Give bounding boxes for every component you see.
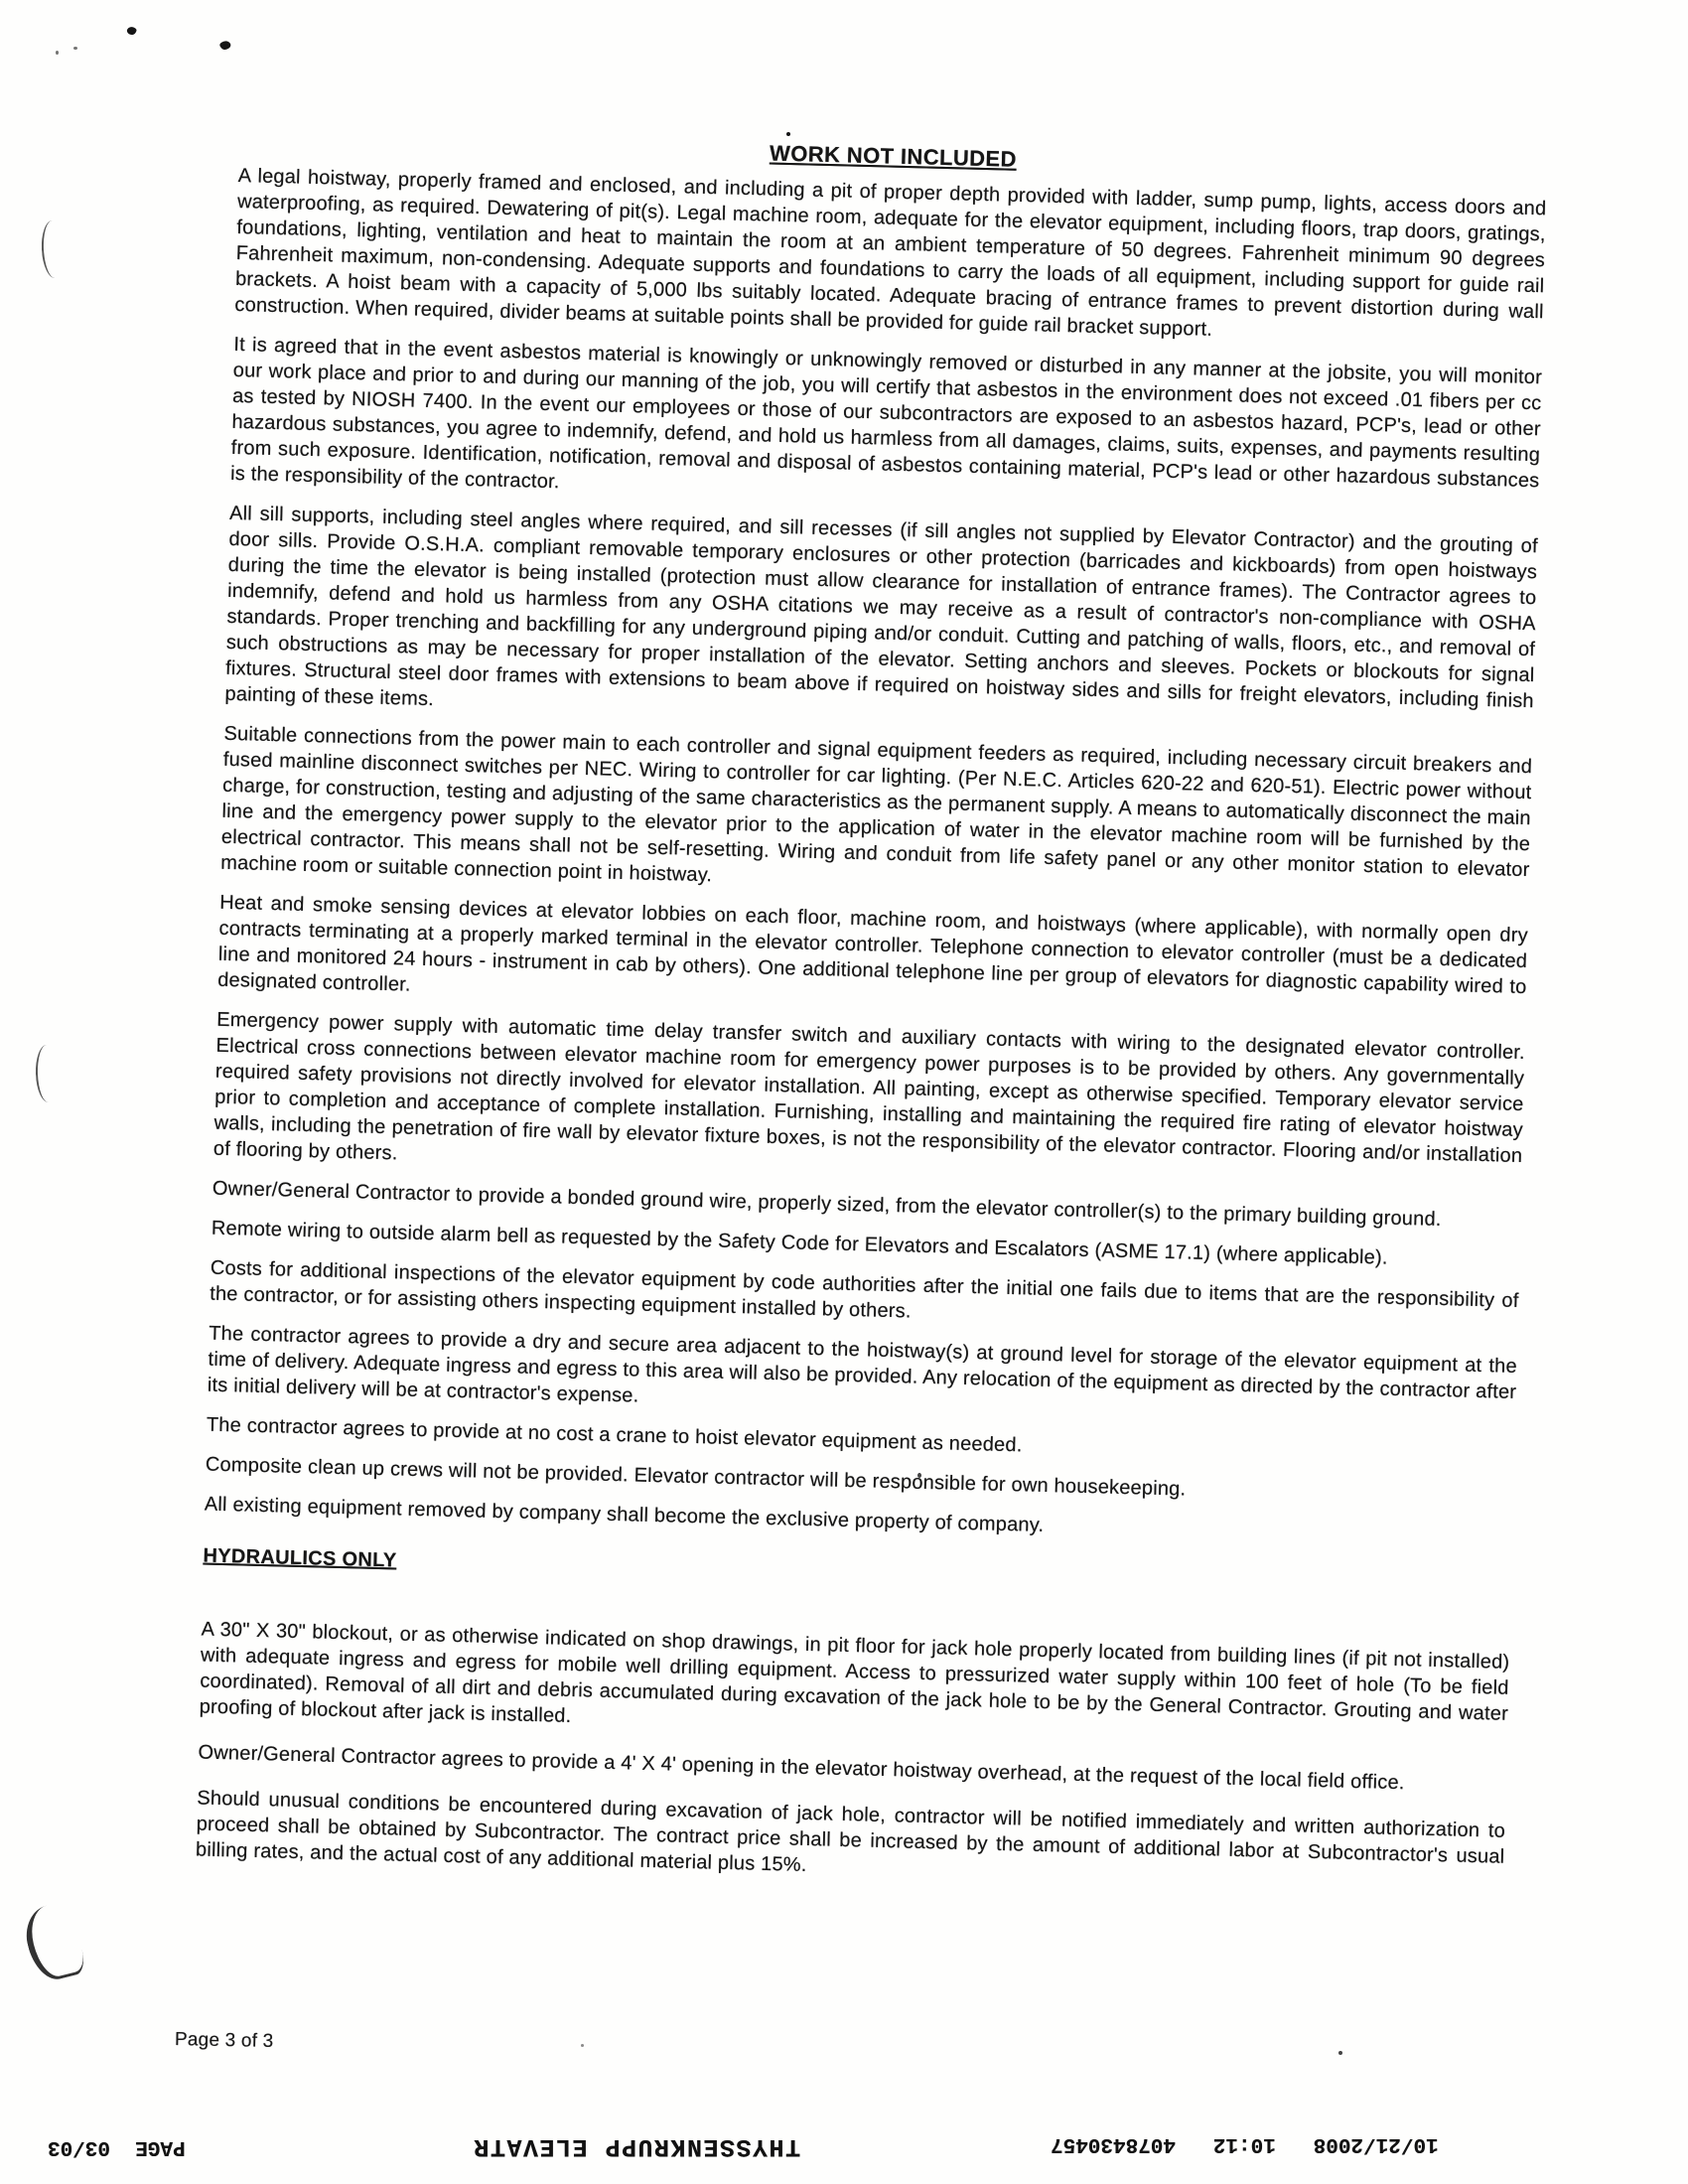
paragraph-jack-hole-blockout: A 30" X 30" blockout, or as otherwise in… (199, 1617, 1509, 1753)
paragraph-asbestos: It is agreed that in the event asbestos … (230, 332, 1543, 519)
fax-footer-page-label: PAGE 03/03 (48, 2135, 186, 2158)
scan-speck (581, 2044, 584, 2047)
fax-footer-datetime-number: 10/21/2008 10:12 4078430457 (1051, 2132, 1439, 2155)
document-body: WORK NOT INCLUDED A legal hoistway, prop… (195, 87, 1548, 1916)
scan-speck (1338, 2051, 1342, 2055)
scan-speck (126, 25, 138, 36)
paragraph-power-connections: Suitable connections from the power main… (220, 721, 1533, 909)
page-number: Page 3 of 3 (175, 2029, 274, 2053)
scanned-document-page: WORK NOT INCLUDED A legal hoistway, prop… (0, 0, 1688, 2184)
paragraph-unusual-conditions: Should unusual conditions be encountered… (196, 1785, 1506, 1895)
scan-speck (73, 47, 77, 50)
paragraph-emergency-power: Emergency power supply with automatic ti… (213, 1007, 1526, 1195)
scan-curve-mark (35, 1045, 61, 1103)
scan-speck (917, 1473, 921, 1478)
scan-speck (218, 39, 231, 52)
fax-footer-station-name: THYSSENKRUPP ELEVATR (473, 2132, 800, 2161)
scan-speck (56, 51, 59, 55)
paragraph-storage-area: The contractor agrees to provide a dry a… (208, 1321, 1518, 1431)
hydraulics-only-heading: HYDRAULICS ONLY (203, 1543, 1511, 1602)
paragraph-hoistway: A legal hoistway, properly framed and en… (234, 163, 1547, 351)
scan-curve-mark (40, 219, 67, 278)
scan-crescent-mark (20, 1900, 88, 1984)
paragraph-heat-smoke-devices: Heat and smoke sensing devices at elevat… (217, 890, 1528, 1026)
scan-speck (786, 132, 790, 136)
paragraph-sill-supports: All sill supports, including steel angle… (224, 501, 1538, 740)
